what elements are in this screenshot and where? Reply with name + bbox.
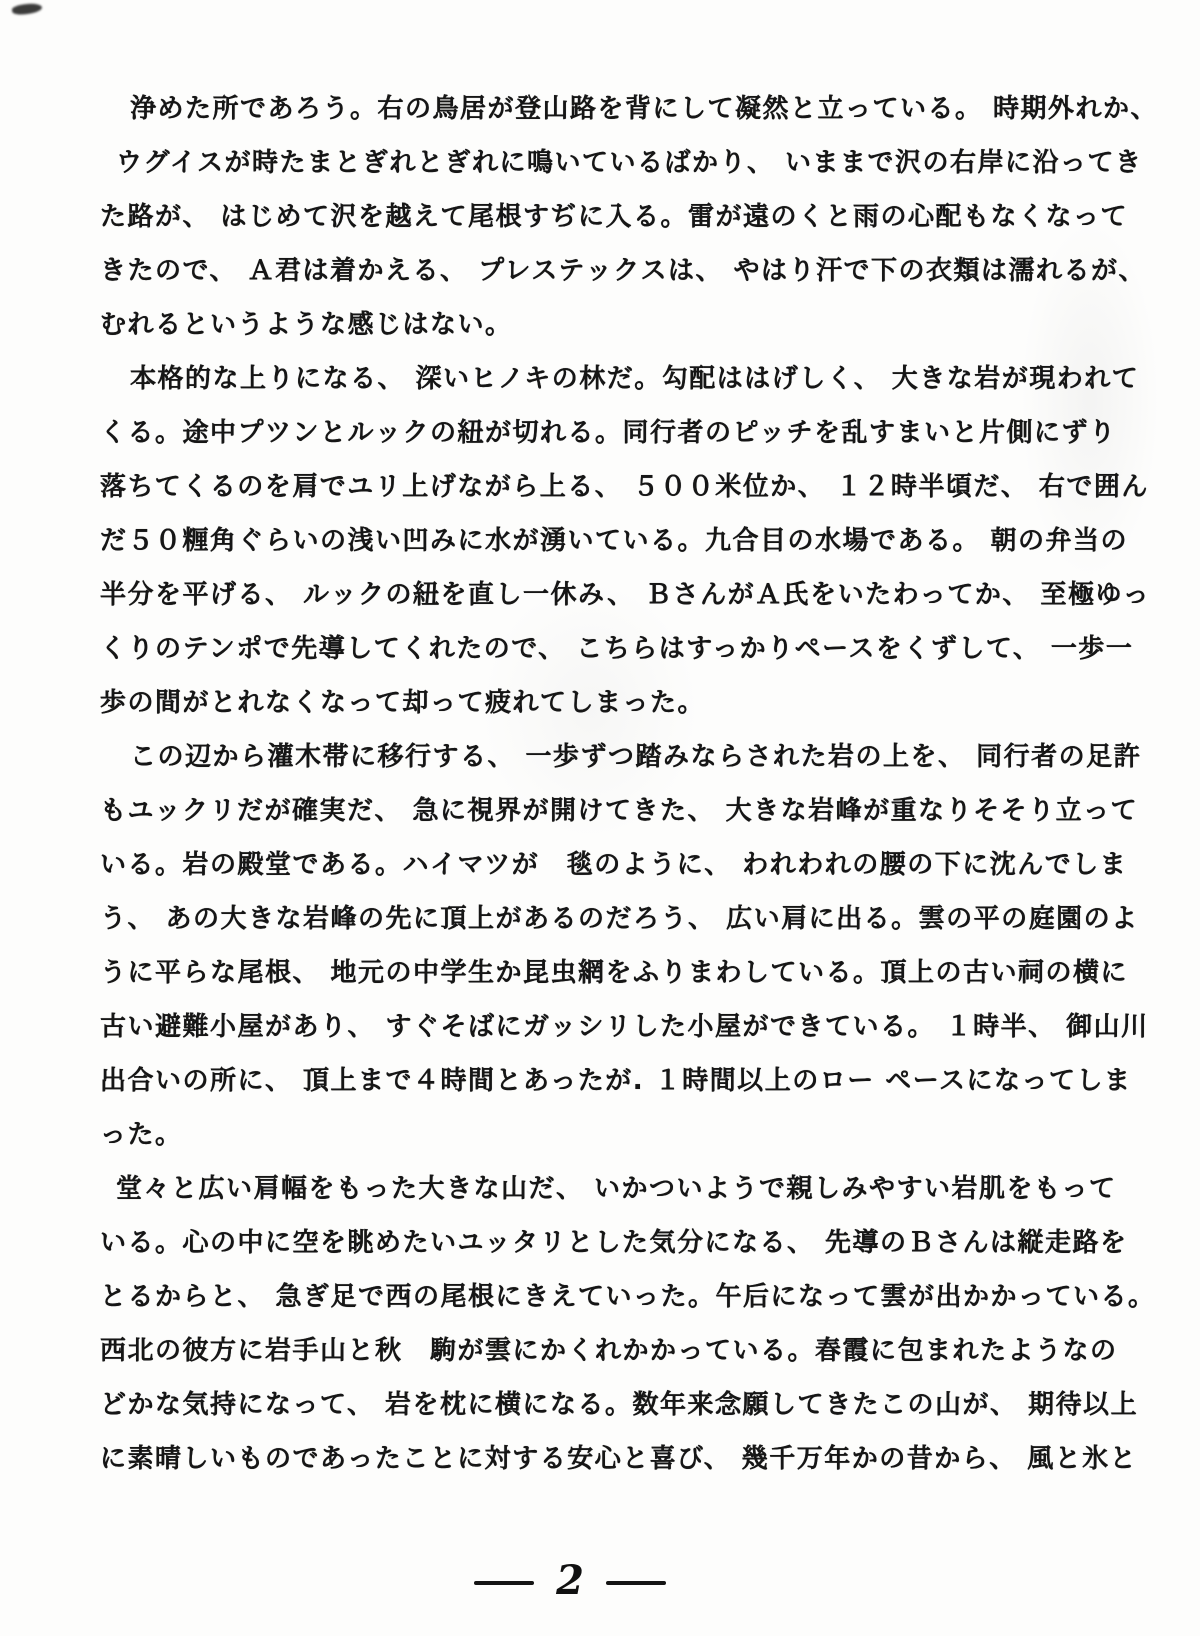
text-line: ウグイスが時たまとぎれとぎれに鳴いているばかり、 いままで沢の右岸に沿ってき xyxy=(100,136,1130,190)
text-line: くりのテンポで先導してくれたので、 こちらはすっかりペースをくずして、 一歩一 xyxy=(100,622,1130,676)
page-footer: 2 xyxy=(0,1548,1140,1618)
text-line: 歩の間がとれなくなって却って疲れてしまった。 xyxy=(100,676,1130,730)
text-line: 本格的な上りになる、 深いヒノキの林だ。勾配ははげしく、 大きな岩が現われて xyxy=(100,352,1130,406)
text-line: った。 xyxy=(100,1108,1130,1162)
scan-speck xyxy=(11,2,42,16)
text-line: た路が、 はじめて沢を越えて尾根すぢに入る。雷が遠のくと雨の心配もなくなって xyxy=(100,190,1130,244)
text-line: だ５０糎角ぐらいの浅い凹みに水が湧いている。九合目の水場である。 朝の弁当の xyxy=(100,514,1130,568)
text-line: いる。心の中に空を眺めたいユッタリとした気分になる、 先導のＢさんは縦走路を xyxy=(100,1216,1130,1270)
text-line: 出合いの所に、 頂上まで４時間とあったが. １時間以上のロー ペースになってしま xyxy=(100,1054,1130,1108)
text-line: 西北の彼方に岩手山と秋 駒が雲にかくれかかっている。春霞に包まれたようなの xyxy=(100,1324,1130,1378)
text-line: う、 あの大きな岩峰の先に頂上があるのだろう、 広い肩に出る。雲の平の庭園のよ xyxy=(100,892,1130,946)
text-line: 落ちてくるのを肩でユリ上げながら上る、 ５００米位か、 １２時半頃だ、 右で囲ん xyxy=(100,460,1130,514)
page-number: 2 xyxy=(556,1561,584,1601)
text-line: この辺から灌木帯に移行する、 一歩ずつ踏みならされた岩の上を、 同行者の足許 xyxy=(100,730,1130,784)
text-line: 堂々と広い肩幅をもった大きな山だ、 いかついようで親しみやすい岩肌をもって xyxy=(100,1162,1130,1216)
text-line: むれるというような感じはない。 xyxy=(100,298,1130,352)
text-line: うに平らな尾根、 地元の中学生か昆虫網をふりまわしている。頂上の古い祠の横に xyxy=(100,946,1130,1000)
footer-dash-left xyxy=(474,1581,534,1585)
text-line: 半分を平げる、 ルックの紐を直し一休み、 ＢさんがＡ氏をいたわってか、 至極ゆっ xyxy=(100,568,1130,622)
text-line: いる。岩の殿堂である。ハイマツが 毯のように、 われわれの腰の下に沈んでしま xyxy=(100,838,1130,892)
text-line: もユックリだが確実だ、 急に視界が開けてきた、 大きな岩峰が重なりそそり立って xyxy=(100,784,1130,838)
text-line: きたので、 Ａ君は着かえる、 プレステックスは、 やはり汗で下の衣類は濡れるが、 xyxy=(100,244,1130,298)
body-text: 浄めた所であろう。右の鳥居が登山路を背にして凝然と立っている。 時期外れか、 ウ… xyxy=(100,82,1130,1486)
text-line: 古い避難小屋があり、 すぐそばにガッシリした小屋ができている。 １時半、 御山川 xyxy=(100,1000,1130,1054)
scanned-document-page: 浄めた所であろう。右の鳥居が登山路を背にして凝然と立っている。 時期外れか、 ウ… xyxy=(0,0,1200,1636)
text-line: とるからと、 急ぎ足で西の尾根にきえていった。午后になって雲が出かかっている。 xyxy=(100,1270,1130,1324)
text-line: くる。途中プツンとルックの紐が切れる。同行者のピッチを乱すまいと片側にずり xyxy=(100,406,1130,460)
text-line: に素晴しいものであったことに対する安心と喜び、 幾千万年かの昔から、 風と氷と xyxy=(100,1432,1130,1486)
footer-dash-right xyxy=(606,1581,666,1585)
text-line: 浄めた所であろう。右の鳥居が登山路を背にして凝然と立っている。 時期外れか、 xyxy=(100,82,1130,136)
text-line: どかな気持になって、 岩を枕に横になる。数年来念願してきたこの山が、 期待以上 xyxy=(100,1378,1130,1432)
